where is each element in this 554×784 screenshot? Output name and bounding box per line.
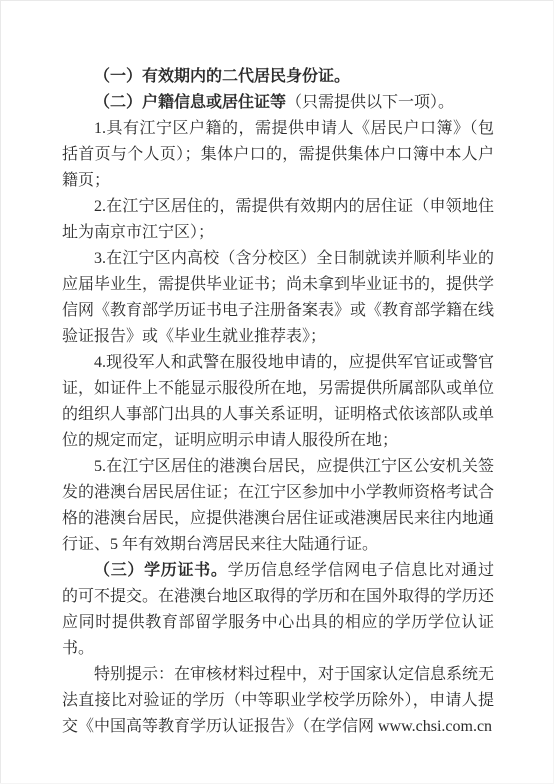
item-3-heading-segment-0: （三）学历证书。 <box>94 562 228 579</box>
item-2-sub-1-segment-0: 1.具有江宁区户籍的，需提供申请人《居民户口簿》（包括首页与个人页）；集体户口的… <box>62 120 494 189</box>
item-2-sub-4: 4.现役军人和武警在服役地申请的，应提供军官证或警官证，如证件上不能显示服役所在… <box>62 350 494 454</box>
item-3-heading: （三）学历证书。学历信息经学信网电子信息比对通过的可不提交。在港澳台地区取得的学… <box>62 558 494 662</box>
item-1-heading-segment-0: （一）有效期内的二代居民身份证。 <box>94 68 350 85</box>
document-body: （一）有效期内的二代居民身份证。（二）户籍信息或居住证等（只需提供以下一项）。1… <box>1 1 494 740</box>
item-2-heading-segment-1: （只需提供以下一项）。 <box>286 94 454 111</box>
item-2-sub-5: 5.在江宁区居住的港澳台居民，应提供江宁区公安机关签发的港澳台居民居住证；在江宁… <box>62 454 494 558</box>
document-page: （一）有效期内的二代居民身份证。（二）户籍信息或居住证等（只需提供以下一项）。1… <box>0 0 553 783</box>
item-2-sub-2-segment-0: 2.在江宁区居住的，需提供有效期内的居住证（申领地住址为南京市江宁区）； <box>62 198 494 241</box>
item-2-sub-3-segment-0: 3.在江宁区内高校（含分校区）全日制就读并顺利毕业的应届毕业生，需提供毕业证书；… <box>62 250 494 345</box>
item-2-heading: （二）户籍信息或居住证等（只需提供以下一项）。 <box>62 90 494 116</box>
item-2-sub-5-segment-0: 5.在江宁区居住的港澳台居民，应提供江宁区公安机关签发的港澳台居民居住证；在江宁… <box>62 458 494 553</box>
item-2-sub-3: 3.在江宁区内高校（含分校区）全日制就读并顺利毕业的应届毕业生，需提供毕业证书；… <box>62 246 494 350</box>
item-2-sub-4-segment-0: 4.现役军人和武警在服役地申请的，应提供军官证或警官证，如证件上不能显示服役所在… <box>62 354 494 449</box>
special-note-segment-0: 特别提示：在审核材料过程中，对于国家认定信息系统无法直接比对验证的学历（中等职业… <box>62 666 494 735</box>
item-2-sub-2: 2.在江宁区居住的，需提供有效期内的居住证（申领地住址为南京市江宁区）； <box>62 194 494 246</box>
item-2-heading-segment-0: （二）户籍信息或居住证等 <box>94 94 286 111</box>
special-note: 特别提示：在审核材料过程中，对于国家认定信息系统无法直接比对验证的学历（中等职业… <box>62 662 494 740</box>
item-1-heading: （一）有效期内的二代居民身份证。 <box>62 64 494 90</box>
item-2-sub-1: 1.具有江宁区户籍的，需提供申请人《居民户口簿》（包括首页与个人页）；集体户口的… <box>62 116 494 194</box>
